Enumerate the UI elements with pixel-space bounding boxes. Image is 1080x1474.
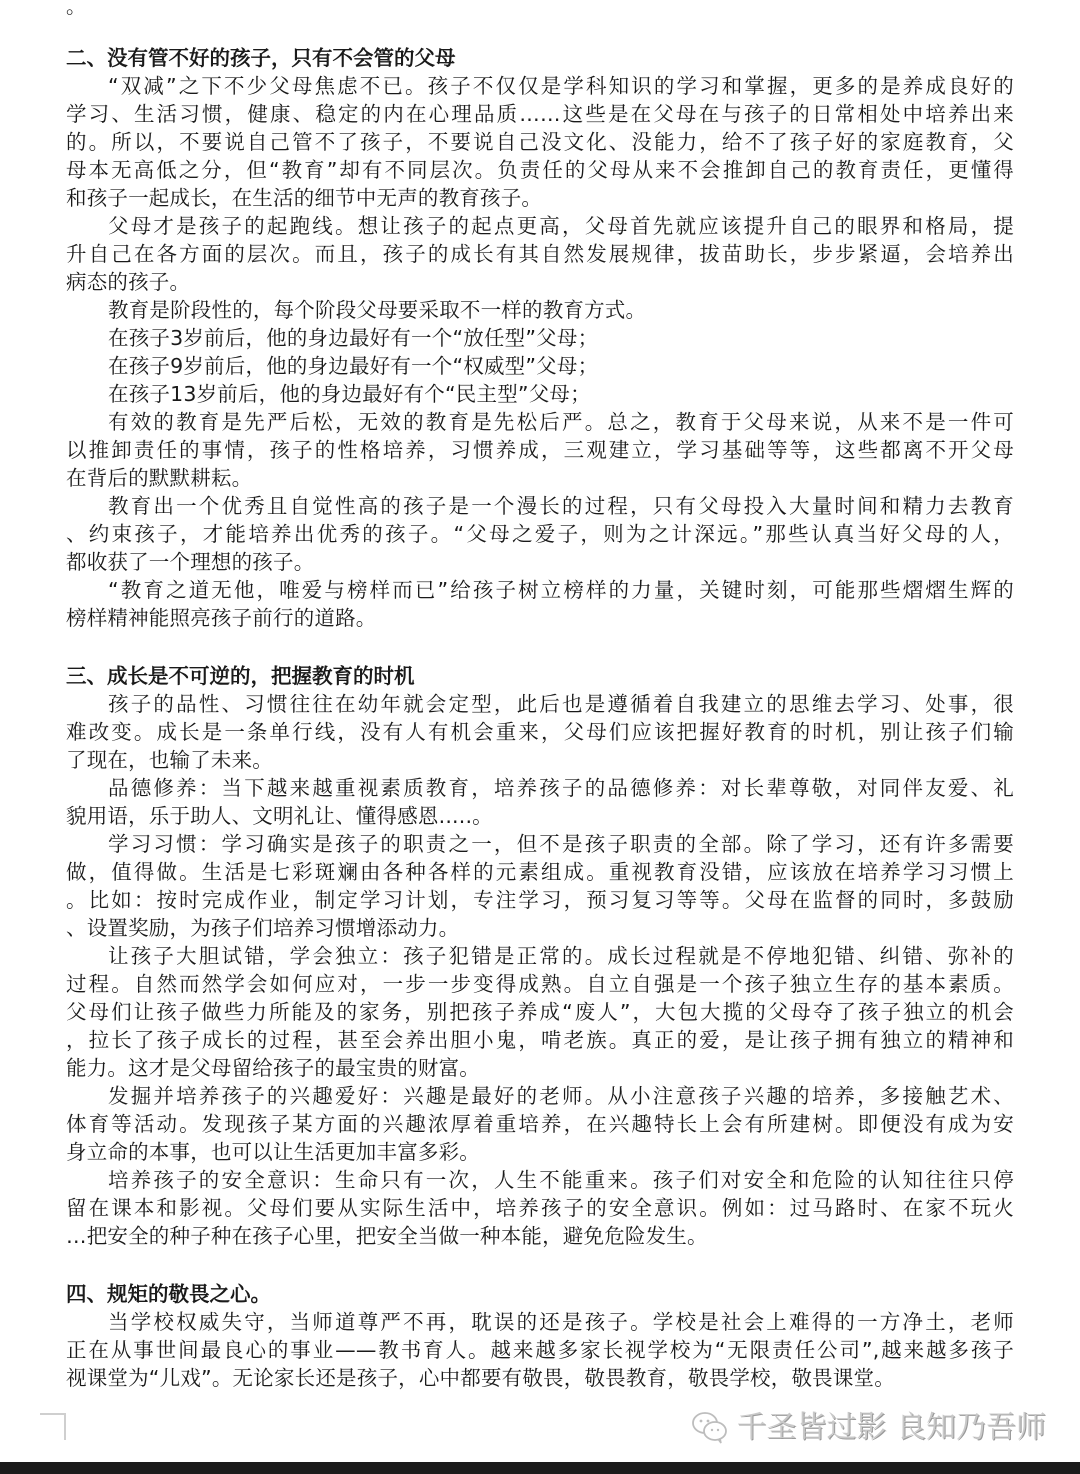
text-line: 在孩子9岁前后，他的身边最好有一个“权威型”父母； xyxy=(66,352,1014,380)
text-line: 、设置奖励，为孩子们培养习惯增添动力。 xyxy=(66,914,1014,942)
text-line: 貌用语，乐于助人、文明礼让、懂得感恩.....。 xyxy=(66,802,1014,830)
text-line: 以推卸责任的事情，孩子的性格培养，习惯养成，三观建立，学习基础等等，这些都离不开… xyxy=(66,436,1014,464)
section-heading: 二、没有管不好的孩子，只有不会管的父母 xyxy=(66,44,1016,72)
text-line: 正在从事世间最良心的事业——教书育人。越来越多家长视学校为“无限责任公司”,越来… xyxy=(66,1336,1014,1364)
text-line: 榜样精神能照亮孩子前行的道路。 xyxy=(66,604,1014,632)
watermark-text: 千圣皆过影 良知乃吾师 xyxy=(736,1408,1046,1448)
text-line: 能力。这才是父母留给孩子的最宝贵的财富。 xyxy=(66,1054,1014,1082)
text-line: 孩子的品性、习惯往往在幼年就会定型，此后也是遵循着自我建立的思维去学习、处事，很 xyxy=(66,690,1014,718)
text-line: 学习习惯：学习确实是孩子的职责之一，但不是孩子职责的全部。除了学习，还有许多需要 xyxy=(66,830,1014,858)
text-line: 。比如：按时完成作业，制定学习计划，专注学习，预习复习等等。父母在监督的同时，多… xyxy=(66,886,1014,914)
text-line: 发掘并培养孩子的兴趣爱好：兴趣是最好的老师。从小注意孩子兴趣的培养，多接触艺术、 xyxy=(66,1082,1014,1110)
text-line: 和孩子一起成长，在生活的细节中无声的教育孩子。 xyxy=(66,184,1014,212)
text-line: 视课堂为“儿戏”。无论家长还是孩子，心中都要有敬畏，敬畏教育，敬畏学校，敬畏课堂… xyxy=(66,1364,1014,1392)
text-line: 难改变。成长是一条单行线，没有人有机会重来，父母们应该把握好教育的时机，别让孩子… xyxy=(66,718,1014,746)
text-line: …把安全的种子种在孩子心里，把安全当做一种本能，避免危险发生。 xyxy=(66,1222,1014,1250)
text-line: 学习、生活习惯，健康、稳定的内在心理品质……这些是在父母在与孩子的日常相处中培养… xyxy=(66,100,1014,128)
text-line: 的。所以，不要说自己管不了孩子，不要说自己没文化、没能力，给不了孩子好的家庭教育… xyxy=(66,128,1014,156)
text-line: 都收获了一个理想的孩子。 xyxy=(66,548,1014,576)
text-line: 当学校权威失守，当师道尊严不再，耽误的还是孩子。学校是社会上难得的一方净土，老师 xyxy=(66,1308,1014,1336)
text-line: 有效的教育是先严后松，无效的教育是先松后严。总之，教育于父母来说，从来不是一件可 xyxy=(66,408,1014,436)
article-body: 二、没有管不好的孩子，只有不会管的父母“双减”之下不少父母焦虑不已。孩子不仅仅是… xyxy=(66,44,1016,1392)
text-line: 、约束孩子，才能培养出优秀的孩子。“父母之爱子，则为之计深远。”那些认真当好父母… xyxy=(66,520,1014,548)
text-line: 教育是阶段性的，每个阶段父母要采取不一样的教育方式。 xyxy=(66,296,1014,324)
text-line: 留在课本和影视。父母们要从实际生活中，培养孩子的安全意识。例如：过马路时、在家不… xyxy=(66,1194,1014,1222)
section-gap xyxy=(66,1250,1016,1280)
document-page: 。 二、没有管不好的孩子，只有不会管的父母“双减”之下不少父母焦虑不已。孩子不仅… xyxy=(0,0,1080,1462)
text-line: 在孩子3岁前后，他的身边最好有一个“放任型”父母； xyxy=(66,324,1014,352)
watermark: 千圣皆过影 良知乃吾师 xyxy=(690,1408,1046,1448)
section-gap xyxy=(66,632,1016,662)
corner-crop-mark xyxy=(40,1413,66,1440)
text-line: 让孩子大胆试错，学会独立：孩子犯错是正常的。成长过程就是不停地犯错、纠错、弥补的 xyxy=(66,942,1014,970)
wechat-icon xyxy=(690,1410,730,1446)
text-line: 升自己在各方面的层次。而且，孩子的成长有其自然发展规律，拔苗助长，步步紧逼，会培… xyxy=(66,240,1014,268)
text-line: 体育等活动。发现孩子某方面的兴趣浓厚着重培养，在兴趣特长上会有所建树。即便没有成… xyxy=(66,1110,1014,1138)
text-line: 过程。自然而然学会如何应对，一步一步变得成熟。自立自强是一个孩子独立生存的基本素… xyxy=(66,970,1014,998)
top-fragment: 。 xyxy=(66,0,86,16)
text-line: 在背后的默默耕耘。 xyxy=(66,464,1014,492)
text-line: 了现在，也输了未来。 xyxy=(66,746,1014,774)
text-line: 身立命的本事，也可以让生活更加丰富多彩。 xyxy=(66,1138,1014,1166)
text-line: 品德修养：当下越来越重视素质教育，培养孩子的品德修养：对长辈尊敬，对同伴友爱、礼 xyxy=(66,774,1014,802)
text-line: 父母才是孩子的起跑线。想让孩子的起点更高，父母首先就应该提升自己的眼界和格局，提 xyxy=(66,212,1014,240)
text-line: 培养孩子的安全意识：生命只有一次，人生不能重来。孩子们对安全和危险的认知往往只停 xyxy=(66,1166,1014,1194)
text-line: ，拉长了孩子成长的过程，甚至会养出胆小鬼，啃老族。真正的爱，是让孩子拥有独立的精… xyxy=(66,1026,1014,1054)
text-line: “双减”之下不少父母焦虑不已。孩子不仅仅是学科知识的学习和掌握，更多的是养成良好… xyxy=(66,72,1014,100)
text-line: 病态的孩子。 xyxy=(66,268,1014,296)
text-line: 父母们让孩子做些力所能及的家务，别把孩子养成“废人”，大包大揽的父母夺了孩子独立… xyxy=(66,998,1014,1026)
text-line: 在孩子13岁前后，他的身边最好有个“民主型”父母； xyxy=(66,380,1014,408)
section-heading: 四、规矩的敬畏之心。 xyxy=(66,1280,1016,1308)
section-heading: 三、成长是不可逆的，把握教育的时机 xyxy=(66,662,1016,690)
text-line: 做，值得做。生活是七彩斑斓由各种各样的元素组成。重视教育没错，应该放在培养学习习… xyxy=(66,858,1014,886)
text-line: 教育出一个优秀且自觉性高的孩子是一个漫长的过程，只有父母投入大量时间和精力去教育 xyxy=(66,492,1014,520)
text-line: 母本无高低之分，但“教育”却有不同层次。负责任的父母从来不会推卸自己的教育责任，… xyxy=(66,156,1014,184)
bottom-bar xyxy=(0,1462,1080,1474)
text-line: “教育之道无他，唯爱与榜样而已”给孩子树立榜样的力量，关键时刻，可能那些熠熠生辉… xyxy=(66,576,1014,604)
